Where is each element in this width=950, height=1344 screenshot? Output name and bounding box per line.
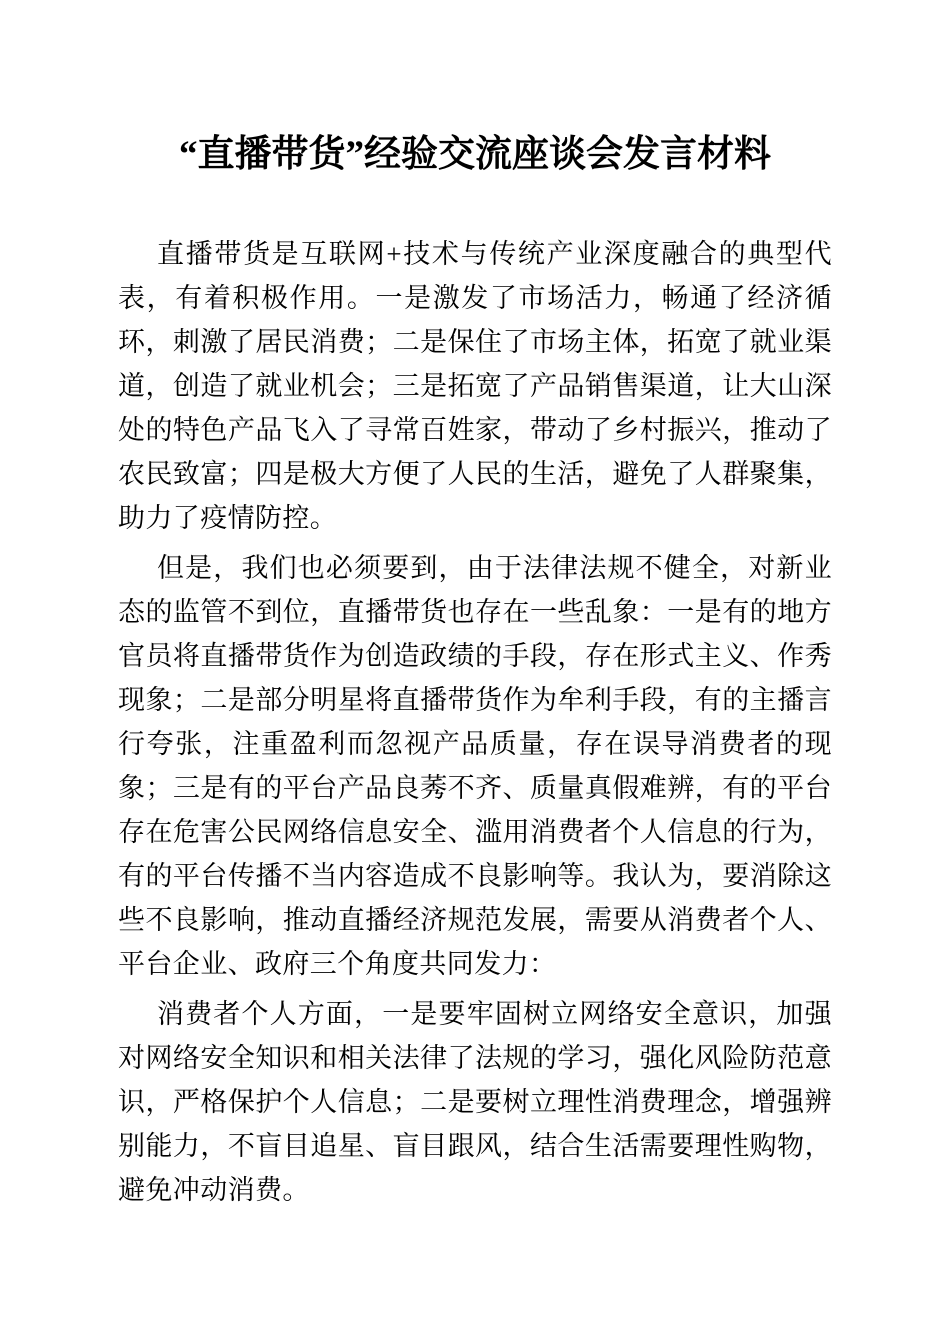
paragraph-problems: 但是，我们也必须要到，由于法律法规不健全，对新业态的监管不到位，直播带货也存在一… [118, 546, 832, 986]
paragraph-consumer-advice: 消费者个人方面，一是要牢固树立网络安全意识，加强对网络安全知识和相关法律了法规的… [118, 992, 832, 1212]
paragraph-intro-benefits: 直播带货是互联网+技术与传统产业深度融合的典型代表，有着积极作用。一是激发了市场… [118, 232, 832, 540]
document-title: “直播带货”经验交流座谈会发言材料 [118, 128, 832, 182]
document-page: “直播带货”经验交流座谈会发言材料 直播带货是互联网+技术与传统产业深度融合的典… [0, 0, 950, 1344]
document-body: 直播带货是互联网+技术与传统产业深度融合的典型代表，有着积极作用。一是激发了市场… [118, 232, 832, 1212]
